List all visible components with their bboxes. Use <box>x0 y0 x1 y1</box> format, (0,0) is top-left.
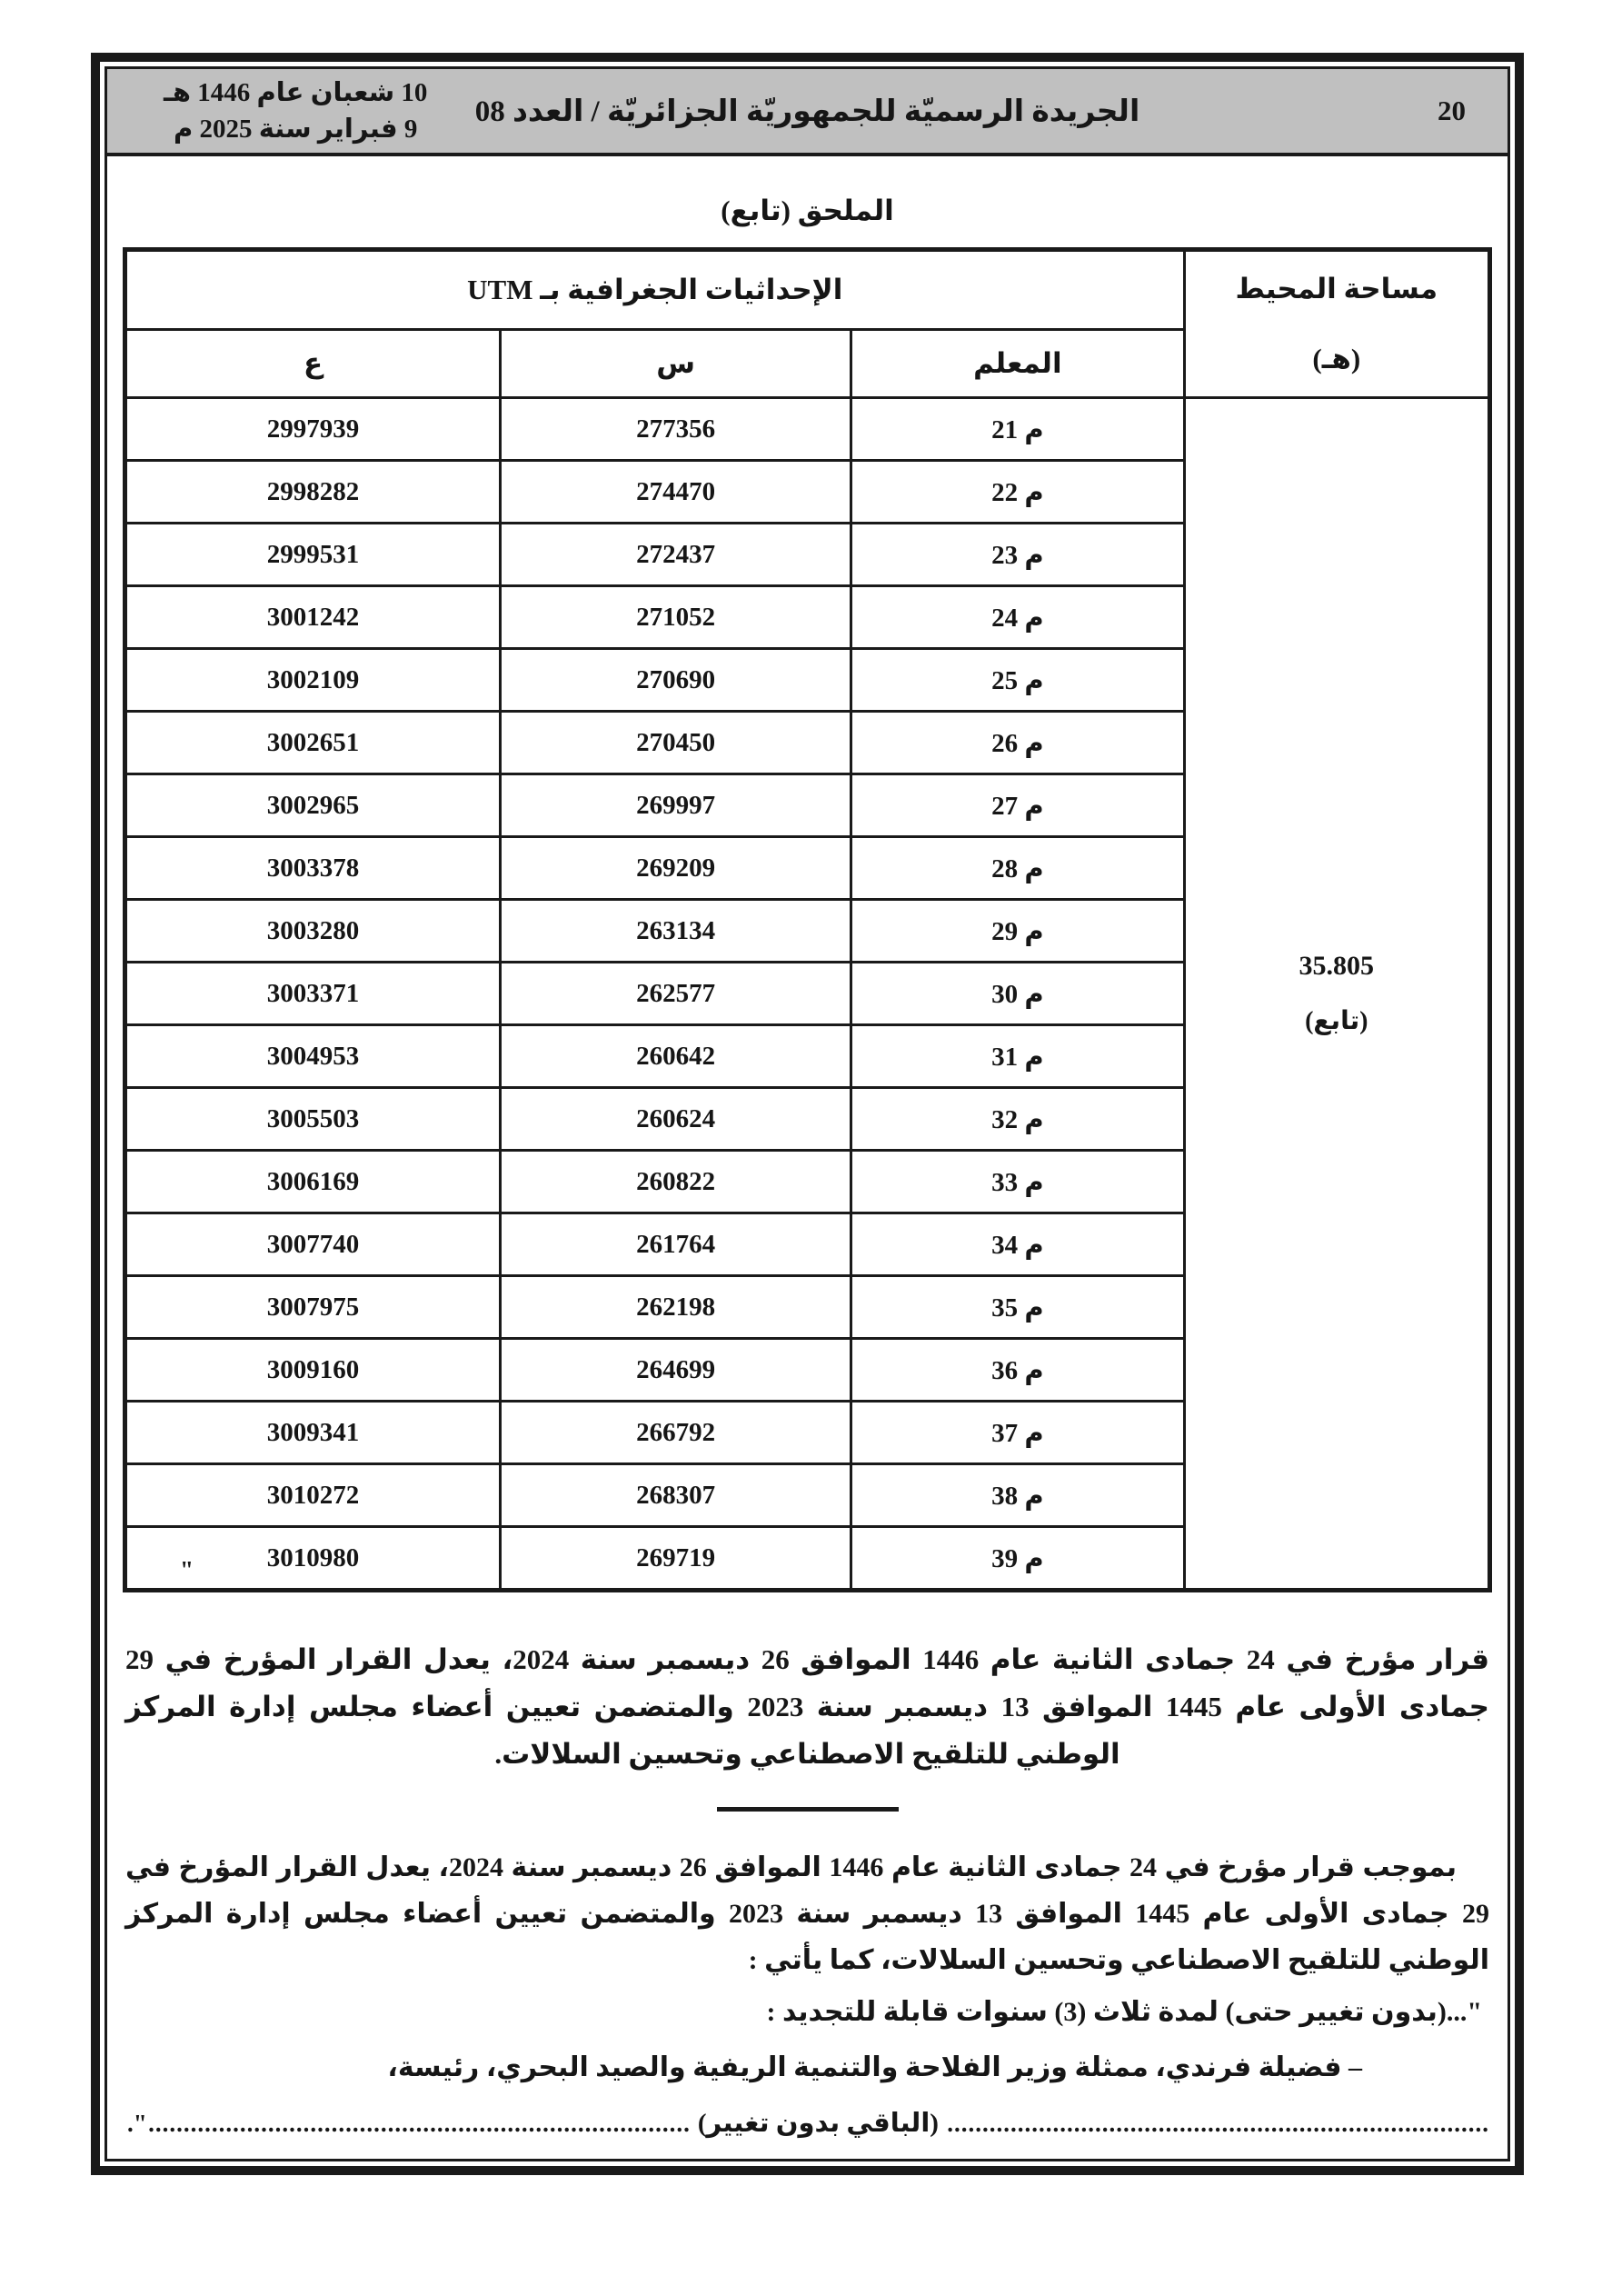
y-coordinate-cell: 3003371 <box>125 963 501 1025</box>
marker-cell: م 27 <box>851 774 1184 837</box>
y-coordinate-cell: 3003280 <box>125 900 501 963</box>
x-coordinate-cell: 262577 <box>501 963 851 1025</box>
decree-heading: قرار مؤرخ في 24 جمادى الثانية عام 1446 ا… <box>125 1636 1489 1778</box>
x-coordinate-cell: 269209 <box>501 837 851 900</box>
x-coordinate-cell: 269719 <box>501 1527 851 1591</box>
x-coordinate-cell: 260822 <box>501 1151 851 1213</box>
y-coordinate-cell: 2998282 <box>125 461 501 524</box>
table-closing-quote-mark: " <box>180 1556 194 1584</box>
area-note: (تابع) <box>1186 1005 1488 1036</box>
y-coordinate-cell: 3007975 <box>125 1276 501 1339</box>
section-divider <box>717 1807 899 1812</box>
x-coordinate-cell: 262198 <box>501 1276 851 1339</box>
marker-cell: م 33 <box>851 1151 1184 1213</box>
dots-right: ........................................… <box>946 2110 1489 2138</box>
x-coordinate-cell: 272437 <box>501 524 851 586</box>
x-coordinate-cell: 261764 <box>501 1213 851 1276</box>
marker-cell: م 30 <box>851 963 1184 1025</box>
x-coordinate-cell: 268307 <box>501 1464 851 1527</box>
area-header-line2: (هـ) <box>1186 342 1488 377</box>
area-column-header: مساحة المحيط (هـ) <box>1184 250 1489 398</box>
table-header-row-1: مساحة المحيط (هـ) الإحداثيات الجغرافية ب… <box>125 250 1490 330</box>
marker-cell: م 39 <box>851 1527 1184 1591</box>
decree-list-item: – فضيلة فرندي، ممثلة وزير الفلاحة والتنم… <box>125 2051 1362 2083</box>
area-header-line1: مساحة المحيط <box>1186 272 1488 307</box>
marker-cell: م 34 <box>851 1213 1184 1276</box>
decree-quote-line: "...(بدون تغيير حتى) لمدة ثلاث (3) سنوات… <box>125 1996 1482 2028</box>
utm-header: الإحداثيات الجغرافية بـ UTM <box>125 250 1185 330</box>
marker-cell: م 29 <box>851 900 1184 963</box>
marker-cell: م 36 <box>851 1339 1184 1402</box>
masthead-band: 10 شعبان عام 1446 هـ 9 فبراير سنة 2025 م… <box>107 69 1508 156</box>
table-row: 35.805(تابع)م 212773562997939 <box>125 398 1490 461</box>
y-coordinate-cell: 3002651 <box>125 712 501 774</box>
x-coordinate-cell: 271052 <box>501 586 851 649</box>
y-coordinate-cell: 3005503 <box>125 1088 501 1151</box>
col-header-marker: المعلم <box>851 330 1184 398</box>
marker-cell: م 24 <box>851 586 1184 649</box>
y-coordinate-cell: 3002109 <box>125 649 501 712</box>
y-coordinate-cell: 3010980" <box>125 1527 501 1591</box>
x-coordinate-cell: 260642 <box>501 1025 851 1088</box>
annex-title: الملحق (تابع) <box>107 195 1508 227</box>
x-coordinate-cell: 260624 <box>501 1088 851 1151</box>
marker-cell: م 23 <box>851 524 1184 586</box>
y-coordinate-cell: 3006169 <box>125 1151 501 1213</box>
masthead-title: الجريدة الرسميّة للجمهوريّة الجزائريّة /… <box>107 93 1508 129</box>
y-coordinate-cell: 2997939 <box>125 398 501 461</box>
marker-cell: م 35 <box>851 1276 1184 1339</box>
x-coordinate-cell: 274470 <box>501 461 851 524</box>
page-frame-inner: 10 شعبان عام 1446 هـ 9 فبراير سنة 2025 م… <box>104 66 1510 2161</box>
y-coordinate-cell: 3010272 <box>125 1464 501 1527</box>
y-coordinate-cell: 3007740 <box>125 1213 501 1276</box>
marker-cell: م 31 <box>851 1025 1184 1088</box>
marker-cell: م 38 <box>851 1464 1184 1527</box>
closing-line: ........................................… <box>125 2107 1489 2139</box>
x-coordinate-cell: 264699 <box>501 1339 851 1402</box>
page-frame: 10 شعبان عام 1446 هـ 9 فبراير سنة 2025 م… <box>91 53 1524 2175</box>
marker-cell: م 26 <box>851 712 1184 774</box>
x-coordinate-cell: 277356 <box>501 398 851 461</box>
col-header-y: ع <box>125 330 501 398</box>
marker-cell: م 25 <box>851 649 1184 712</box>
marker-cell: م 28 <box>851 837 1184 900</box>
decree-body: بموجب قرار مؤرخ في 24 جمادى الثانية عام … <box>125 1844 1489 1983</box>
marker-cell: م 22 <box>851 461 1184 524</box>
closing-end-quote: ". <box>125 2110 147 2138</box>
y-coordinate-cell: 3002965 <box>125 774 501 837</box>
marker-cell: م 32 <box>851 1088 1184 1151</box>
x-coordinate-cell: 263134 <box>501 900 851 963</box>
area-value: 35.805 <box>1186 951 1488 982</box>
y-coordinate-cell: 3009160 <box>125 1339 501 1402</box>
dots-left: ........................................… <box>147 2110 691 2138</box>
coordinates-table: مساحة المحيط (هـ) الإحداثيات الجغرافية ب… <box>123 247 1492 1592</box>
x-coordinate-cell: 270450 <box>501 712 851 774</box>
y-coordinate-cell: 3001242 <box>125 586 501 649</box>
y-coordinate-cell: 3004953 <box>125 1025 501 1088</box>
closing-label: (الباقي بدون تغيير) <box>691 2107 946 2139</box>
y-coordinate-cell: 3003378 <box>125 837 501 900</box>
page-number: 20 <box>1438 95 1466 127</box>
marker-cell: م 21 <box>851 398 1184 461</box>
col-header-x: س <box>501 330 851 398</box>
gazette-page: 10 شعبان عام 1446 هـ 9 فبراير سنة 2025 م… <box>0 0 1622 2296</box>
y-coordinate-cell: 3009341 <box>125 1402 501 1464</box>
x-coordinate-cell: 269997 <box>501 774 851 837</box>
marker-cell: م 37 <box>851 1402 1184 1464</box>
area-value-cell: 35.805(تابع) <box>1184 398 1489 1591</box>
x-coordinate-cell: 266792 <box>501 1402 851 1464</box>
table-body: 35.805(تابع)م 212773562997939م 222744702… <box>125 398 1490 1591</box>
x-coordinate-cell: 270690 <box>501 649 851 712</box>
y-coordinate-cell: 2999531 <box>125 524 501 586</box>
